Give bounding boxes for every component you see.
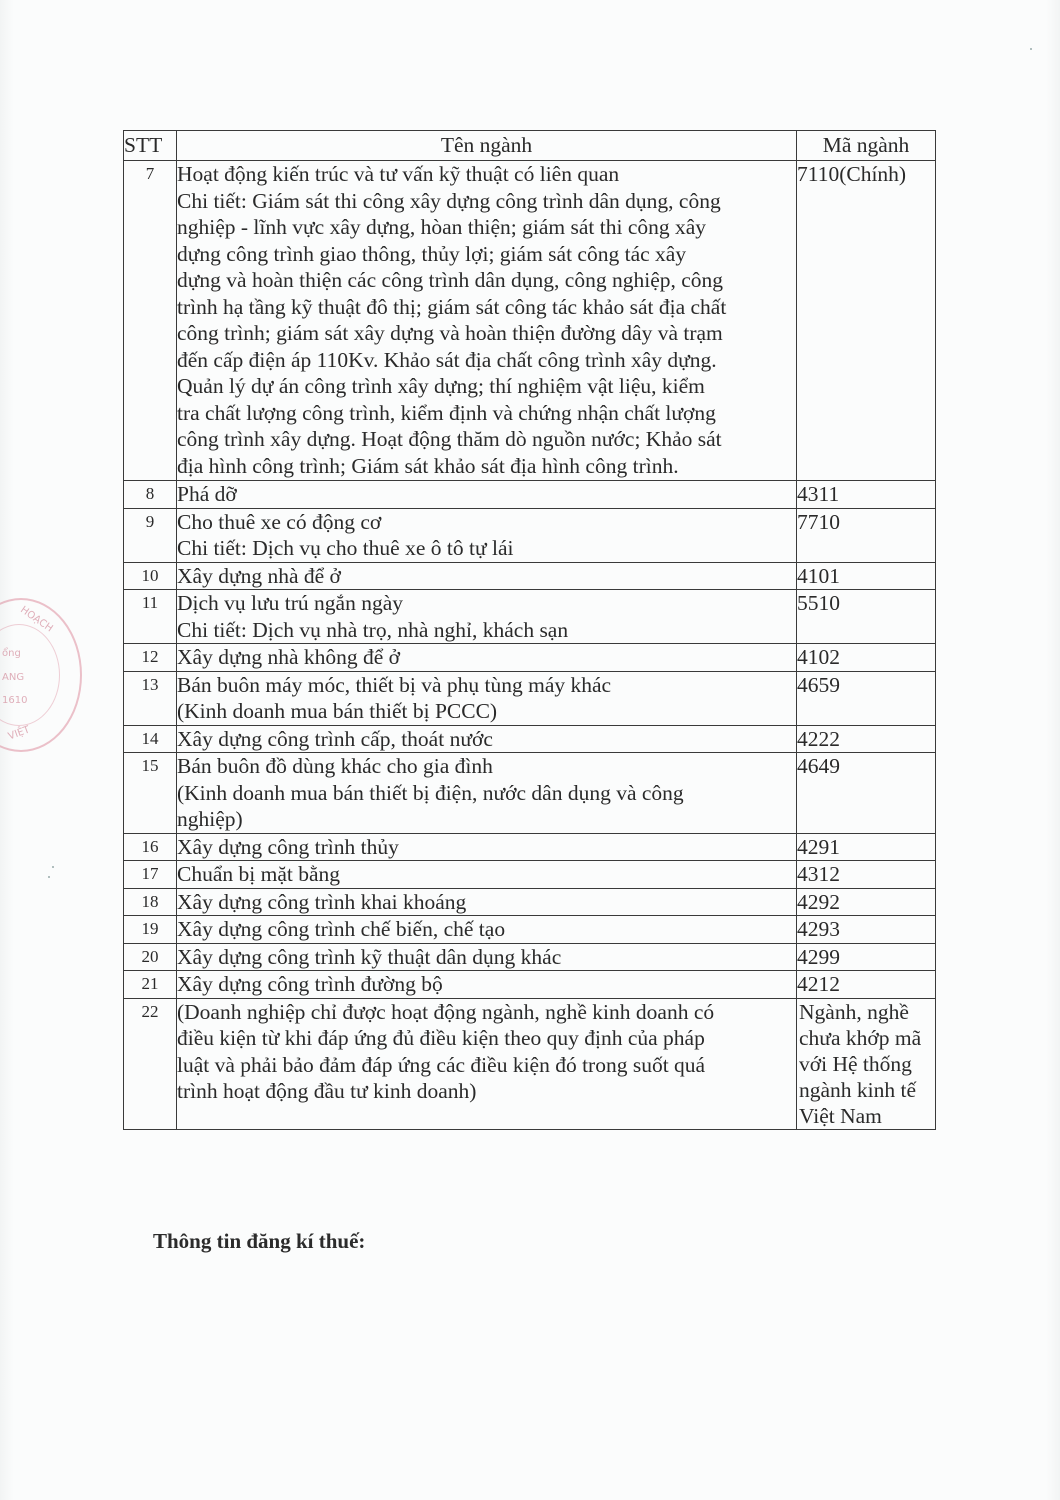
- ten-nganh-line: Chuẩn bị mặt bằng: [177, 861, 796, 888]
- ten-nganh-line: Bán buôn đồ dùng khác cho gia đình: [177, 753, 796, 780]
- cell-ten-nganh: Bán buôn máy móc, thiết bị và phụ tùng m…: [177, 671, 797, 725]
- ma-nganh-line: Ngành, nghề: [799, 999, 935, 1025]
- cell-stt: 13: [124, 671, 177, 725]
- cell-stt: 20: [124, 943, 177, 971]
- table-row: 19Xây dựng công trình chế biến, chế tạo4…: [124, 916, 936, 944]
- cell-ma-nganh: 4659: [797, 671, 936, 725]
- cell-stt: 21: [124, 971, 177, 999]
- cell-stt: 7: [124, 161, 177, 481]
- ten-nganh-line: Xây dựng công trình chế biến, chế tạo: [177, 916, 796, 943]
- ten-nganh-line: (Kinh doanh mua bán thiết bị điện, nước …: [177, 780, 796, 807]
- cell-ten-nganh: Cho thuê xe có động cơChi tiết: Dịch vụ …: [177, 508, 797, 562]
- cell-ten-nganh: Xây dựng công trình thủy: [177, 833, 797, 861]
- cell-stt: 14: [124, 725, 177, 753]
- table-row: 11Dịch vụ lưu trú ngắn ngàyChi tiết: Dịc…: [124, 590, 936, 644]
- cell-stt: 16: [124, 833, 177, 861]
- cell-ma-nganh: 4102: [797, 644, 936, 672]
- ten-nganh-line: Phá dỡ: [177, 481, 796, 508]
- table-row: 9Cho thuê xe có động cơChi tiết: Dịch vụ…: [124, 508, 936, 562]
- ten-nganh-line: Xây dựng nhà để ở: [177, 563, 796, 590]
- cell-ten-nganh: (Doanh nghiệp chỉ được hoạt động ngành, …: [177, 998, 797, 1129]
- scan-speck: [1030, 48, 1032, 50]
- ma-nganh-line: ngành kinh tế: [799, 1077, 935, 1103]
- ten-nganh-line: Xây dựng nhà không để ở: [177, 644, 796, 671]
- cell-ma-nganh: 4299: [797, 943, 936, 971]
- stamp-text: ANG: [2, 672, 24, 683]
- ten-nganh-line: Dịch vụ lưu trú ngắn ngày: [177, 590, 796, 617]
- cell-ma-nganh: 7710: [797, 508, 936, 562]
- ten-nganh-line: dựng và hoàn thiện các công trình dân dụ…: [177, 267, 796, 294]
- ten-nganh-line: địa hình công trình; Giám sát khảo sát đ…: [177, 453, 796, 480]
- cell-ma-nganh: 4649: [797, 753, 936, 834]
- ten-nganh-line: (Doanh nghiệp chỉ được hoạt động ngành, …: [177, 999, 796, 1026]
- cell-ten-nganh: Xây dựng công trình kỹ thuật dân dụng kh…: [177, 943, 797, 971]
- cell-ten-nganh: Xây dựng nhà để ở: [177, 562, 797, 590]
- cell-ma-nganh: 4291: [797, 833, 936, 861]
- ten-nganh-line: Quản lý dự án công trình xây dựng; thí n…: [177, 373, 796, 400]
- table-row: 16Xây dựng công trình thủy4291: [124, 833, 936, 861]
- cell-ma-nganh: 7110(Chính): [797, 161, 936, 481]
- ma-nganh-line: với Hệ thống: [799, 1051, 935, 1077]
- table-row: 12Xây dựng nhà không để ở4102: [124, 644, 936, 672]
- tax-info-heading: Thông tin đăng kí thuế:: [153, 1229, 365, 1254]
- ten-nganh-line: Xây dựng công trình thủy: [177, 834, 796, 861]
- cell-stt: 19: [124, 916, 177, 944]
- cell-ten-nganh: Xây dựng công trình chế biến, chế tạo: [177, 916, 797, 944]
- table-row: 18Xây dựng công trình khai khoáng4292: [124, 888, 936, 916]
- ten-nganh-line: công trình; giám sát xây dựng và hoàn th…: [177, 320, 796, 347]
- cell-stt: 22: [124, 998, 177, 1129]
- ten-nganh-line: Xây dựng công trình đường bộ: [177, 971, 796, 998]
- table-row: 17Chuẩn bị mặt bằng4312: [124, 861, 936, 889]
- table-row: 21Xây dựng công trình đường bộ4212: [124, 971, 936, 999]
- cell-stt: 17: [124, 861, 177, 889]
- cell-ma-nganh: 5510: [797, 590, 936, 644]
- ten-nganh-line: Chi tiết: Giám sát thi công xây dựng côn…: [177, 188, 796, 215]
- cell-ma-nganh: 4212: [797, 971, 936, 999]
- table-row: 20Xây dựng công trình kỹ thuật dân dụng …: [124, 943, 936, 971]
- ten-nganh-line: luật và phải bảo đảm đáp ứng các điều ki…: [177, 1052, 796, 1079]
- table-row: 14Xây dựng công trình cấp, thoát nước422…: [124, 725, 936, 753]
- cell-ten-nganh: Dịch vụ lưu trú ngắn ngàyChi tiết: Dịch …: [177, 590, 797, 644]
- scan-speck: [52, 866, 54, 868]
- ten-nganh-line: Xây dựng công trình kỹ thuật dân dụng kh…: [177, 944, 796, 971]
- business-lines-table: STT Tên ngành Mã ngành 7Hoạt động kiến t…: [123, 130, 936, 1130]
- scan-speck: [48, 876, 50, 878]
- table-row: 7Hoạt động kiến trúc và tư vấn kỹ thuật …: [124, 161, 936, 481]
- cell-ma-nganh: 4292: [797, 888, 936, 916]
- stamp-text: 1610: [2, 695, 27, 706]
- cell-stt: 11: [124, 590, 177, 644]
- ten-nganh-line: Chi tiết: Dịch vụ nhà trọ, nhà nghỉ, khá…: [177, 617, 796, 644]
- ten-nganh-line: Cho thuê xe có động cơ: [177, 509, 796, 536]
- ten-nganh-line: công trình xây dựng. Hoạt động thăm dò n…: [177, 426, 796, 453]
- table-row: 13Bán buôn máy móc, thiết bị và phụ tùng…: [124, 671, 936, 725]
- ten-nganh-line: Xây dựng công trình khai khoáng: [177, 889, 796, 916]
- cell-stt: 18: [124, 888, 177, 916]
- ten-nganh-line: (Kinh doanh mua bán thiết bị PCCC): [177, 698, 796, 725]
- cell-ma-nganh: 4311: [797, 481, 936, 509]
- ten-nganh-line: điều kiện từ khi đáp ứng đủ điều kiện th…: [177, 1025, 796, 1052]
- cell-ma-nganh: 4293: [797, 916, 936, 944]
- ten-nganh-line: Chi tiết: Dịch vụ cho thuê xe ô tô tự lá…: [177, 535, 796, 562]
- ten-nganh-line: trình hạ tầng kỹ thuật đô thị; giám sát …: [177, 294, 796, 321]
- ma-nganh-line: chưa khớp mã: [799, 1025, 935, 1051]
- cell-ten-nganh: Phá dỡ: [177, 481, 797, 509]
- ten-nganh-line: trình hoạt động đầu tư kinh doanh): [177, 1078, 796, 1105]
- cell-ten-nganh: Xây dựng công trình cấp, thoát nước: [177, 725, 797, 753]
- cell-stt: 8: [124, 481, 177, 509]
- cell-ten-nganh: Bán buôn đồ dùng khác cho gia đình(Kinh …: [177, 753, 797, 834]
- cell-ten-nganh: Chuẩn bị mặt bằng: [177, 861, 797, 889]
- table-row: 15Bán buôn đồ dùng khác cho gia đình(Kin…: [124, 753, 936, 834]
- table-row: 8Phá dỡ4311: [124, 481, 936, 509]
- header-stt: STT: [124, 131, 177, 161]
- ten-nganh-line: Bán buôn máy móc, thiết bị và phụ tùng m…: [177, 672, 796, 699]
- cell-ten-nganh: Xây dựng công trình khai khoáng: [177, 888, 797, 916]
- cell-ten-nganh: Hoạt động kiến trúc và tư vấn kỹ thuật c…: [177, 161, 797, 481]
- cell-ten-nganh: Xây dựng công trình đường bộ: [177, 971, 797, 999]
- table-body: 7Hoạt động kiến trúc và tư vấn kỹ thuật …: [124, 161, 936, 1130]
- cell-ten-nganh: Xây dựng nhà không để ở: [177, 644, 797, 672]
- stamp-text: ổng: [2, 648, 21, 659]
- cell-stt: 9: [124, 508, 177, 562]
- header-ten-nganh: Tên ngành: [177, 131, 797, 161]
- ten-nganh-line: Xây dựng công trình cấp, thoát nước: [177, 726, 796, 753]
- ten-nganh-line: Hoạt động kiến trúc và tư vấn kỹ thuật c…: [177, 161, 796, 188]
- table-row: 10Xây dựng nhà để ở4101: [124, 562, 936, 590]
- cell-ma-nganh: 4312: [797, 861, 936, 889]
- cell-ma-nganh: 4101: [797, 562, 936, 590]
- table-header-row: STT Tên ngành Mã ngành: [124, 131, 936, 161]
- ten-nganh-line: đến cấp điện áp 110Kv. Khảo sát địa chất…: [177, 347, 796, 374]
- cell-stt: 10: [124, 562, 177, 590]
- ma-nganh-line: Việt Nam: [799, 1103, 935, 1129]
- table-row: 22(Doanh nghiệp chỉ được hoạt động ngành…: [124, 998, 936, 1129]
- cell-stt: 15: [124, 753, 177, 834]
- ten-nganh-line: nghiệp - lĩnh vực xây dựng, hòan thiện; …: [177, 214, 796, 241]
- ten-nganh-line: tra chất lượng công trình, kiểm định và …: [177, 400, 796, 427]
- ten-nganh-line: nghiệp): [177, 806, 796, 833]
- cell-ma-nganh: Ngành, nghềchưa khớp mãvới Hệ thốngngành…: [797, 998, 936, 1129]
- ten-nganh-line: dựng công trình giao thông, thủy lợi; gi…: [177, 241, 796, 268]
- cell-ma-nganh: 4222: [797, 725, 936, 753]
- cell-stt: 12: [124, 644, 177, 672]
- header-ma-nganh: Mã ngành: [797, 131, 936, 161]
